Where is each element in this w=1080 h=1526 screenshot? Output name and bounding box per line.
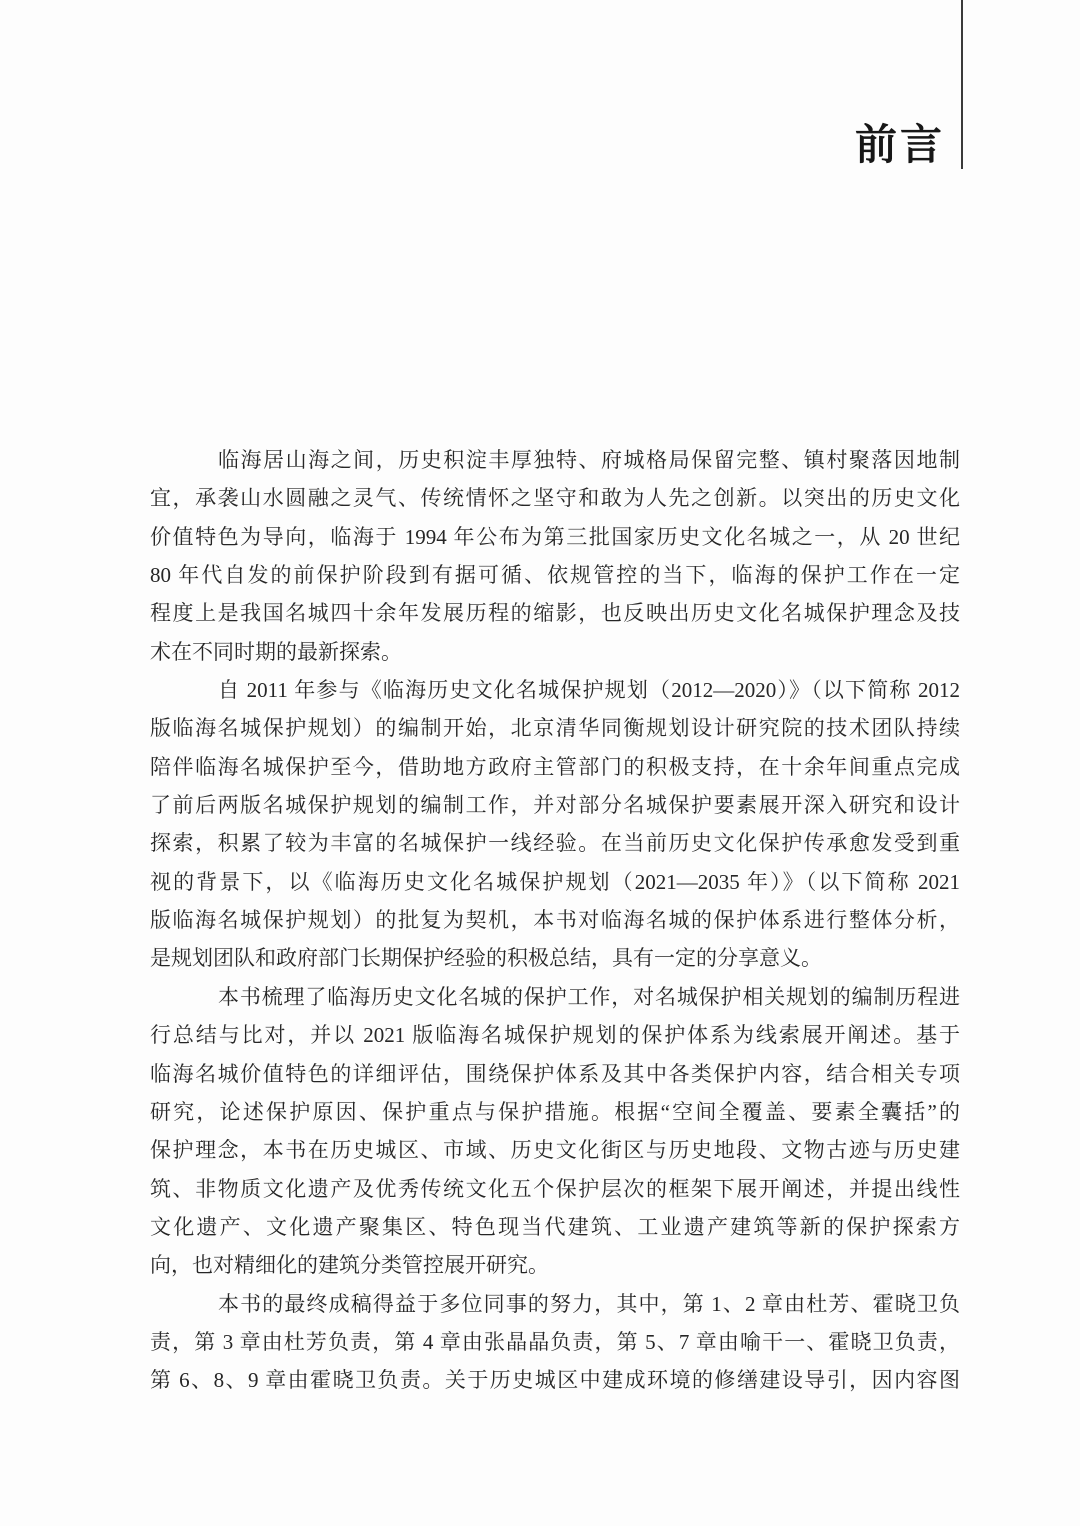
text-line: 价值特色为导向，临海于 1994 年公布为第三批国家历史文化名城之一，从 20 … — [150, 518, 960, 556]
text-line: 80 年代自发的前保护阶段到有据可循、依规管控的当下，临海的保护工作在一定 — [150, 556, 960, 594]
text-line: 本书梳理了临海历史文化名城的保护工作，对名城保护相关规划的编制历程进 — [150, 978, 960, 1016]
text-line: 术在不同时期的最新探索。 — [150, 633, 960, 671]
text-line: 宜，承袭山水圆融之灵气、传统情怀之坚守和敢为人先之创新。以突出的历史文化 — [150, 479, 960, 517]
text-line: 文化遗产、文化遗产聚集区、特色现当代建筑、工业遗产建筑等新的保护探索方 — [150, 1208, 960, 1246]
text-line: 第 6、8、9 章由霍晓卫负责。关于历史城区中建成环境的修缮建设导引，因内容图 — [150, 1361, 960, 1399]
text-line: 了前后两版名城保护规划的编制工作，并对部分名城保护要素展开深入研究和设计 — [150, 786, 960, 824]
text-line: 程度上是我国名城四十余年发展历程的缩影，也反映出历史文化名城保护理念及技 — [150, 594, 960, 632]
text-line: 是规划团队和政府部门长期保护经验的积极总结，具有一定的分享意义。 — [150, 939, 960, 977]
text-line: 探索，积累了较为丰富的名城保护一线经验。在当前历史文化保护传承愈发受到重 — [150, 824, 960, 862]
text-line: 行总结与比对，并以 2021 版临海名城保护规划的保护体系为线索展开阐述。基于 — [150, 1016, 960, 1054]
text-line: 版临海名城保护规划）的编制开始，北京清华同衡规划设计研究院的技术团队持续 — [150, 709, 960, 747]
text-line: 陪伴临海名城保护至今，借助地方政府主管部门的积极支持，在十余年间重点完成 — [150, 748, 960, 786]
text-line: 保护理念，本书在历史城区、市域、历史文化街区与历史地段、文物古迹与历史建 — [150, 1131, 960, 1169]
text-line: 向，也对精细化的建筑分类管控展开研究。 — [150, 1246, 960, 1284]
text-line: 本书的最终成稿得益于多位同事的努力，其中，第 1、2 章由杜芳、霍晓卫负 — [150, 1285, 960, 1323]
paragraph: 自 2011 年参与《临海历史文化名城保护规划（2012—2020）》（以下简称… — [150, 671, 960, 978]
text-line: 筑、非物质文化遗产及优秀传统文化五个保护层次的框架下展开阐述，并提出线性 — [150, 1170, 960, 1208]
paragraph: 本书的最终成稿得益于多位同事的努力，其中，第 1、2 章由杜芳、霍晓卫负责，第 … — [150, 1285, 960, 1400]
paragraph: 本书梳理了临海历史文化名城的保护工作，对名城保护相关规划的编制历程进行总结与比对… — [150, 978, 960, 1285]
text-line: 研究，论述保护原因、保护重点与保护措施。根据“空间全覆盖、要素全囊括”的 — [150, 1093, 960, 1131]
text-line: 临海居山海之间，历史积淀丰厚独特、府城格局保留完整、镇村聚落因地制 — [150, 441, 960, 479]
chapter-title-rule — [961, 0, 963, 169]
paragraph: 临海居山海之间，历史积淀丰厚独特、府城格局保留完整、镇村聚落因地制宜，承袭山水圆… — [150, 441, 960, 671]
page-title: 前言 — [855, 122, 945, 168]
book-page: 前言 临海居山海之间，历史积淀丰厚独特、府城格局保留完整、镇村聚落因地制宜，承袭… — [0, 0, 1080, 1526]
text-line: 临海名城价值特色的详细评估，围绕保护体系及其中各类保护内容，结合相关专项 — [150, 1055, 960, 1093]
preface-text-block: 临海居山海之间，历史积淀丰厚独特、府城格局保留完整、镇村聚落因地制宜，承袭山水圆… — [150, 441, 960, 1400]
text-line: 视的背景下，以《临海历史文化名城保护规划（2021—2035 年）》（以下简称 … — [150, 863, 960, 901]
text-line: 版临海名城保护规划）的批复为契机，本书对临海名城的保护体系进行整体分析， — [150, 901, 960, 939]
text-line: 责，第 3 章由杜芳负责，第 4 章由张晶晶负责，第 5、7 章由喻干一、霍晓卫… — [150, 1323, 960, 1361]
text-line: 自 2011 年参与《临海历史文化名城保护规划（2012—2020）》（以下简称… — [150, 671, 960, 709]
